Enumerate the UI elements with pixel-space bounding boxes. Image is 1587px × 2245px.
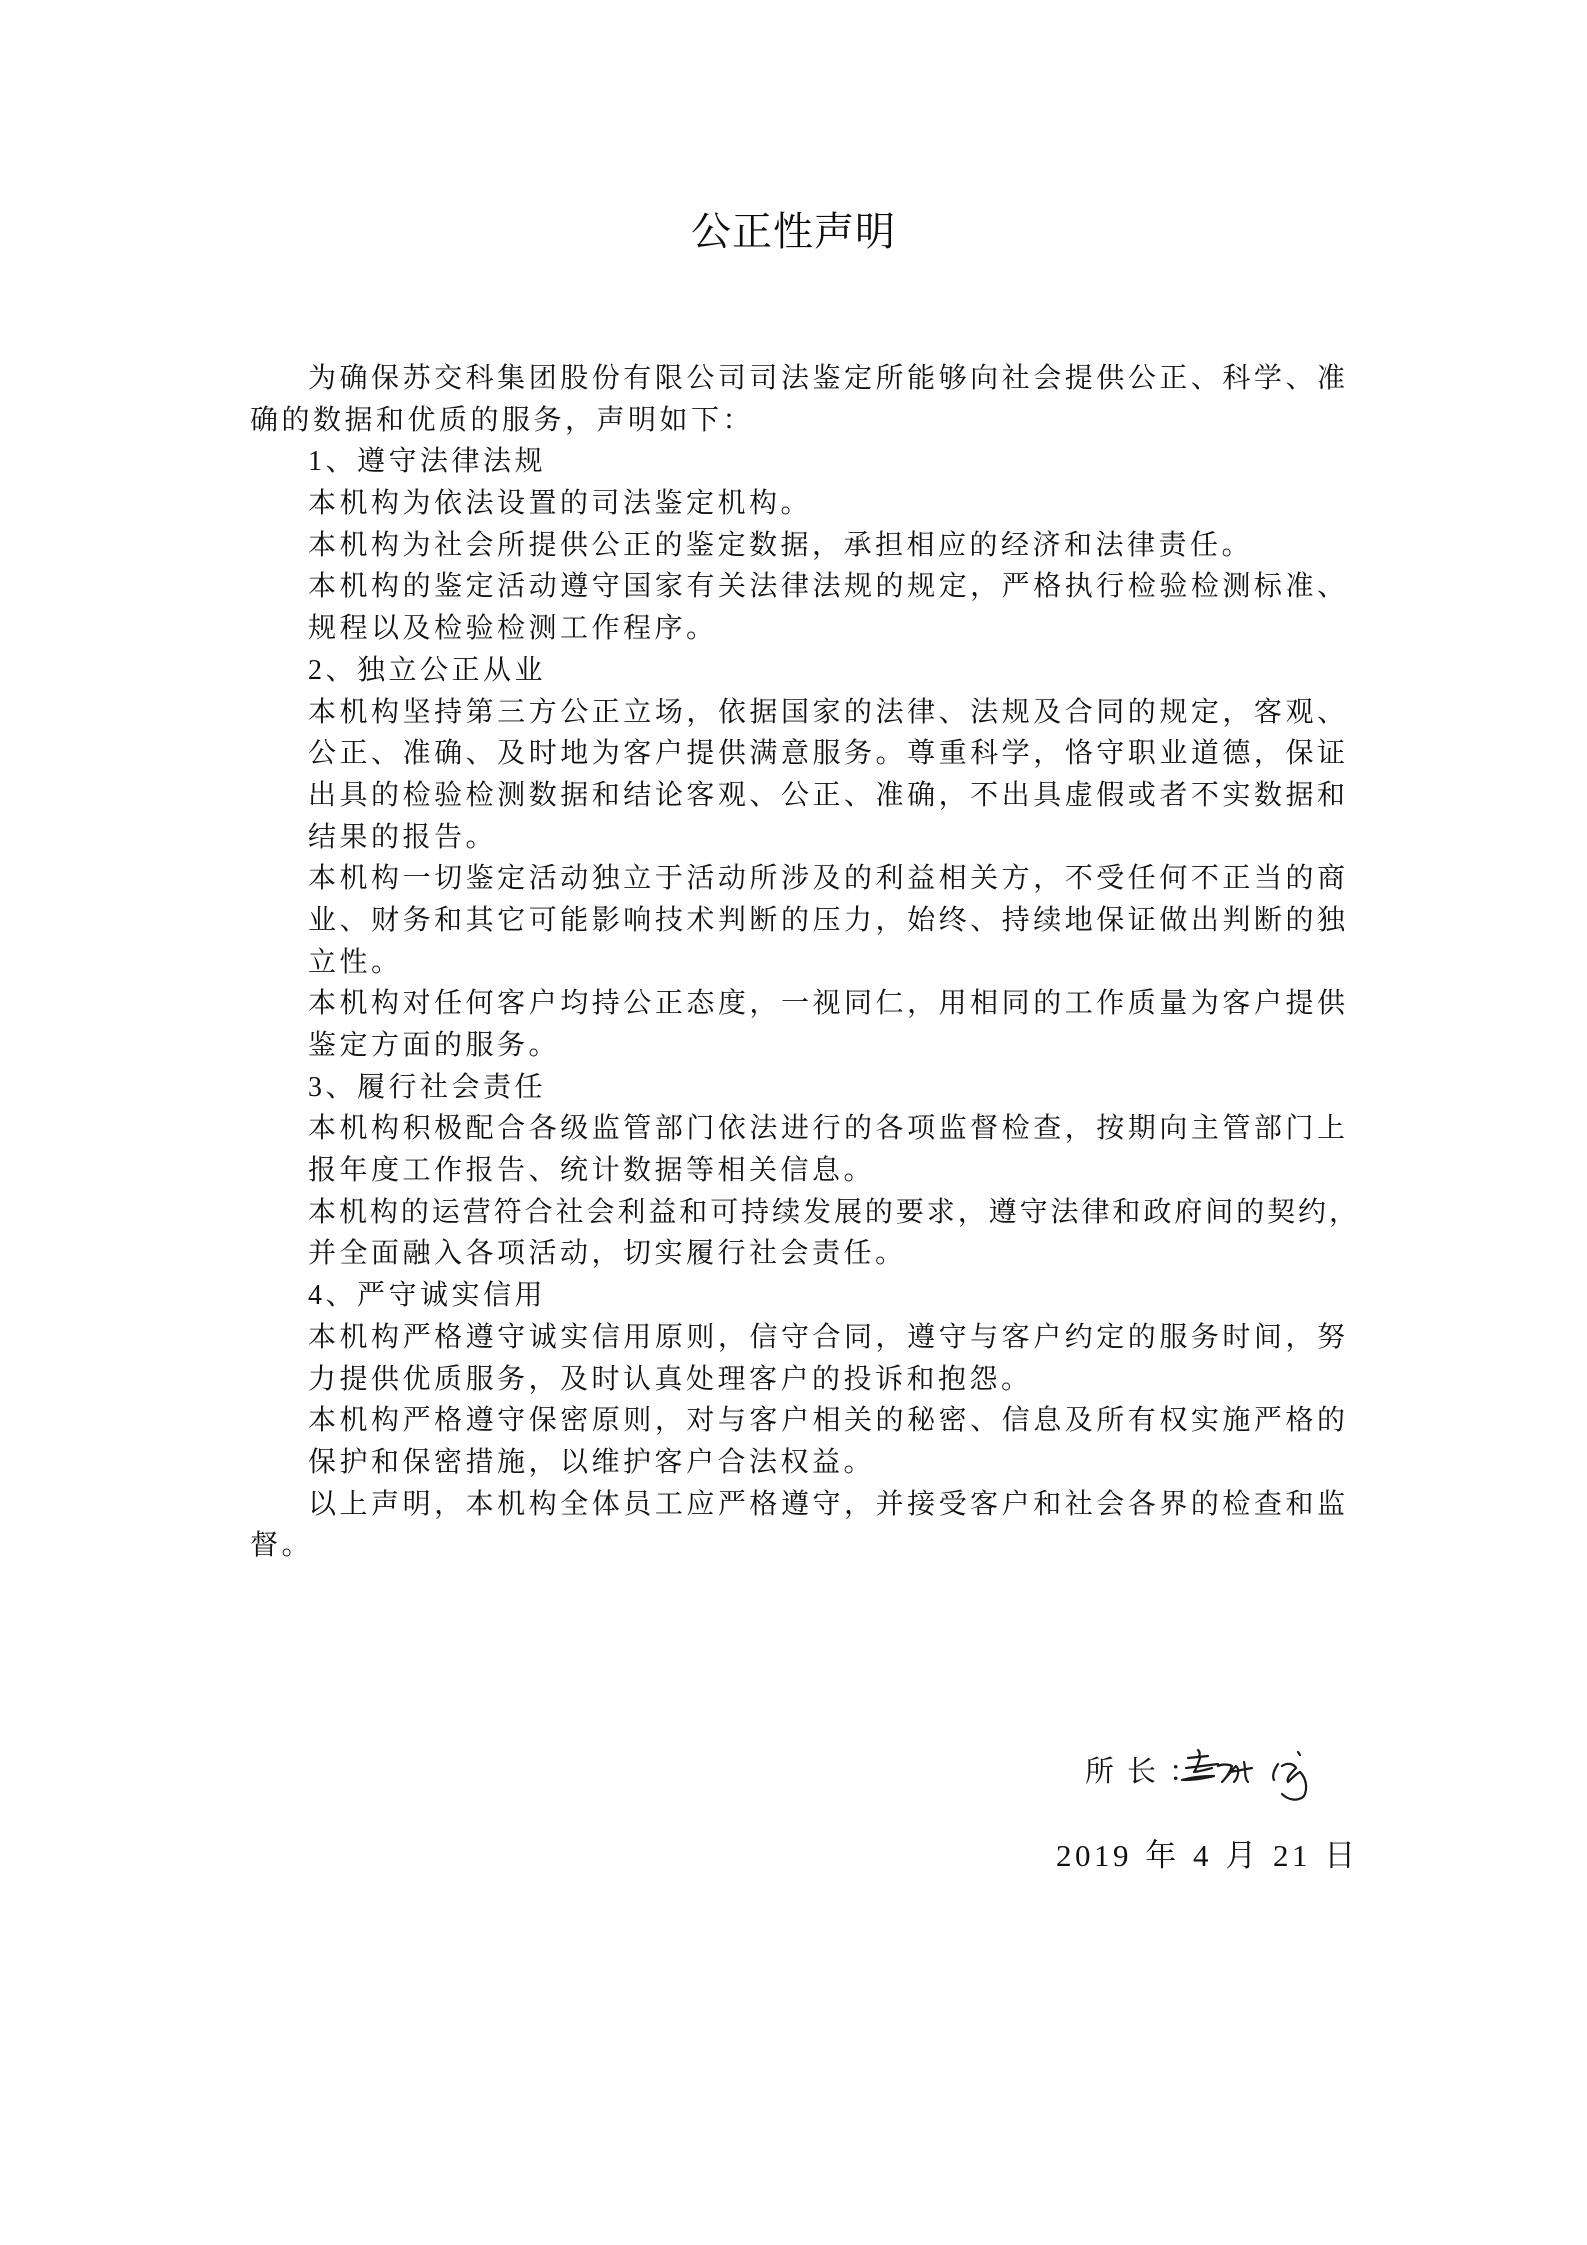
section-heading-3: 3、履行社会责任 <box>308 1067 1360 1109</box>
body-line: 结果的报告。 <box>308 817 1360 859</box>
body-line: 鉴定方面的服务。 <box>308 1025 1360 1067</box>
statement-body: 为确保苏交科集团股份有限公司司法鉴定所能够向社会提供公正、科学、准 确的数据和优… <box>250 358 1360 1567</box>
intro-line: 确的数据和优质的服务，声明如下： <box>250 400 1360 442</box>
body-line: 力提供优质服务，及时认真处理客户的投诉和抱怨。 <box>308 1359 1360 1401</box>
body-line: 本机构积极配合各级监管部门依法进行的各项监督检查，按期向主管部门上 <box>308 1108 1345 1150</box>
body-line: 本机构的运营符合社会利益和可持续发展的要求，遵守法律和政府间的契约， <box>308 1192 1357 1234</box>
body-line: 本机构为依法设置的司法鉴定机构。 <box>308 483 1360 525</box>
body-line: 本机构一切鉴定活动独立于活动所涉及的利益相关方，不受任何不正当的商 <box>308 858 1345 900</box>
body-line: 规程以及检验检测工作程序。 <box>308 608 1360 650</box>
body-line: 本机构为社会所提供公正的鉴定数据，承担相应的经济和法律责任。 <box>308 525 1360 567</box>
body-line: 报年度工作报告、统计数据等相关信息。 <box>308 1150 1360 1192</box>
body-line: 本机构严格遵守诚实信用原则，信守合同，遵守与客户约定的服务时间，努 <box>308 1317 1345 1359</box>
section-heading-2: 2、独立公正从业 <box>308 650 1360 692</box>
section-heading-4: 4、严守诚实信用 <box>308 1275 1360 1317</box>
body-line: 本机构严格遵守保密原则，对与客户相关的秘密、信息及所有权实施严格的 <box>308 1400 1345 1442</box>
body-line: 出具的检验检测数据和结论客观、公正、准确，不出具虚假或者不实数据和 <box>308 775 1345 817</box>
body-line: 本机构坚持第三方公正立场，依据国家的法律、法规及合同的规定，客观、 <box>308 692 1345 734</box>
document-date: 2019 年 4 月 21 日 <box>1056 1836 1359 1876</box>
handwritten-signature <box>1178 1744 1358 1814</box>
body-line: 业、财务和其它可能影响技术判断的压力，始终、持续地保证做出判断的独 <box>308 900 1345 942</box>
document-page: 公正性声明 为确保苏交科集团股份有限公司司法鉴定所能够向社会提供公正、科学、准 … <box>0 0 1587 2245</box>
section-heading-1: 1、遵守法律法规 <box>308 441 1360 483</box>
closing-line: 督。 <box>250 1525 1360 1567</box>
closing-line: 以上声明，本机构全体员工应严格遵守，并接受客户和社会各界的检查和监 <box>308 1484 1345 1526</box>
body-line: 公正、准确、及时地为客户提供满意服务。尊重科学，恪守职业道德，保证 <box>308 733 1345 775</box>
body-line: 立性。 <box>308 942 1360 984</box>
body-line: 本机构对任何客户均持公正态度，一视同仁，用相同的工作质量为客户提供 <box>308 983 1345 1025</box>
document-title: 公正性声明 <box>0 207 1587 257</box>
body-line: 保护和保密措施，以维护客户合法权益。 <box>308 1442 1360 1484</box>
body-line: 并全面融入各项活动，切实履行社会责任。 <box>308 1233 1360 1275</box>
intro-line: 为确保苏交科集团股份有限公司司法鉴定所能够向社会提供公正、科学、准 <box>308 358 1345 400</box>
body-line: 本机构的鉴定活动遵守国家有关法律法规的规定，严格执行检验检测标准、 <box>308 566 1345 608</box>
